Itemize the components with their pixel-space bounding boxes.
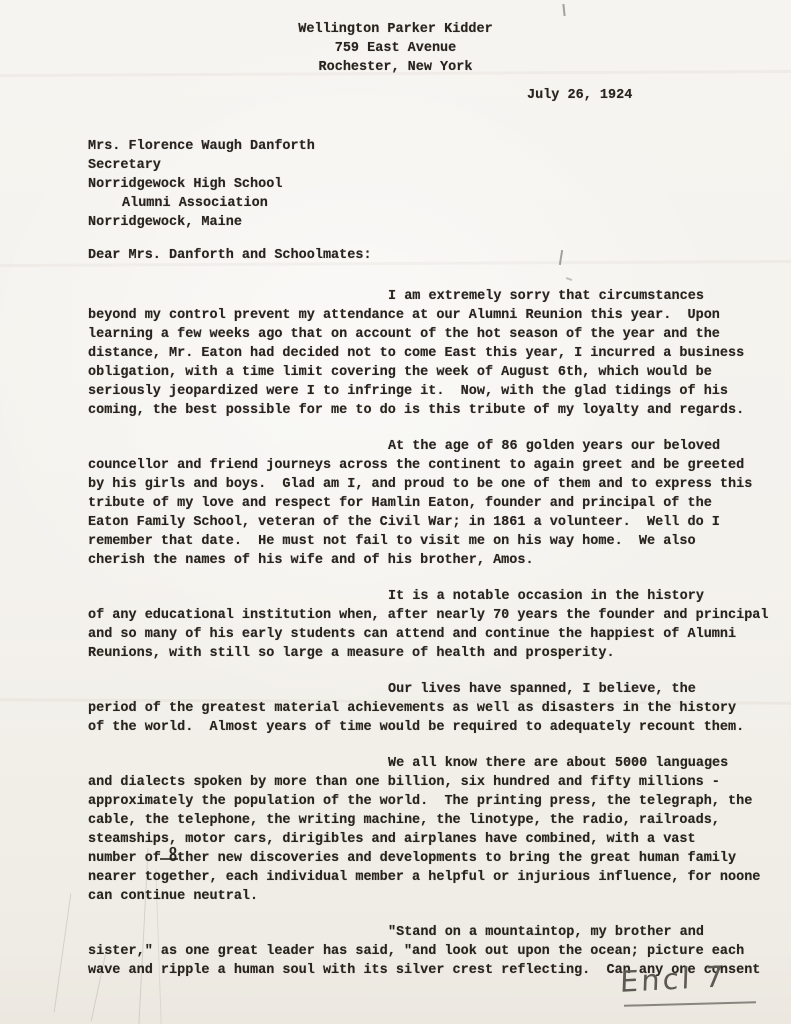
letter-paragraph: At the age of 86 golden years our belove… [88, 437, 791, 570]
scanned-letter-page: Wellington Parker Kidder 759 East Avenue… [0, 0, 791, 1024]
recipient-city: Norridgewock, Maine [88, 213, 315, 232]
sender-name: Wellington Parker Kidder [0, 20, 791, 39]
recipient-name: Mrs. Florence Waugh Danforth [88, 137, 315, 156]
crease-mark [54, 894, 72, 1013]
overtype-correction: o [169, 843, 177, 858]
letter-date: July 26, 1924 [527, 88, 632, 103]
pencil-mark [566, 277, 572, 281]
recipient-org-2: Alumni Association [88, 194, 315, 213]
recipient-org: Norridgewock High School [88, 175, 315, 194]
letter-body: I am extremely sorry that circumstances … [88, 287, 791, 997]
handwritten-encl-annotation: Encl 7 [619, 959, 726, 999]
letter-paragraph: I am extremely sorry that circumstances … [88, 287, 791, 420]
letterhead: Wellington Parker Kidder 759 East Avenue… [0, 0, 791, 77]
letter-paragraph: We all know there are about 5000 languag… [88, 754, 791, 906]
overtype-strike-mark [160, 858, 178, 860]
sender-street: 759 East Avenue [0, 39, 791, 58]
recipient-title: Secretary [88, 156, 315, 175]
salutation: Dear Mrs. Danforth and Schoolmates: [88, 248, 372, 263]
recipient-block: Mrs. Florence Waugh Danforth Secretary N… [88, 137, 315, 232]
letter-paragraph: Our lives have spanned, I believe, the p… [88, 680, 791, 737]
letter-paragraph: It is a notable occasion in the history … [88, 587, 791, 663]
annotation-underline-mark [624, 1001, 756, 1006]
